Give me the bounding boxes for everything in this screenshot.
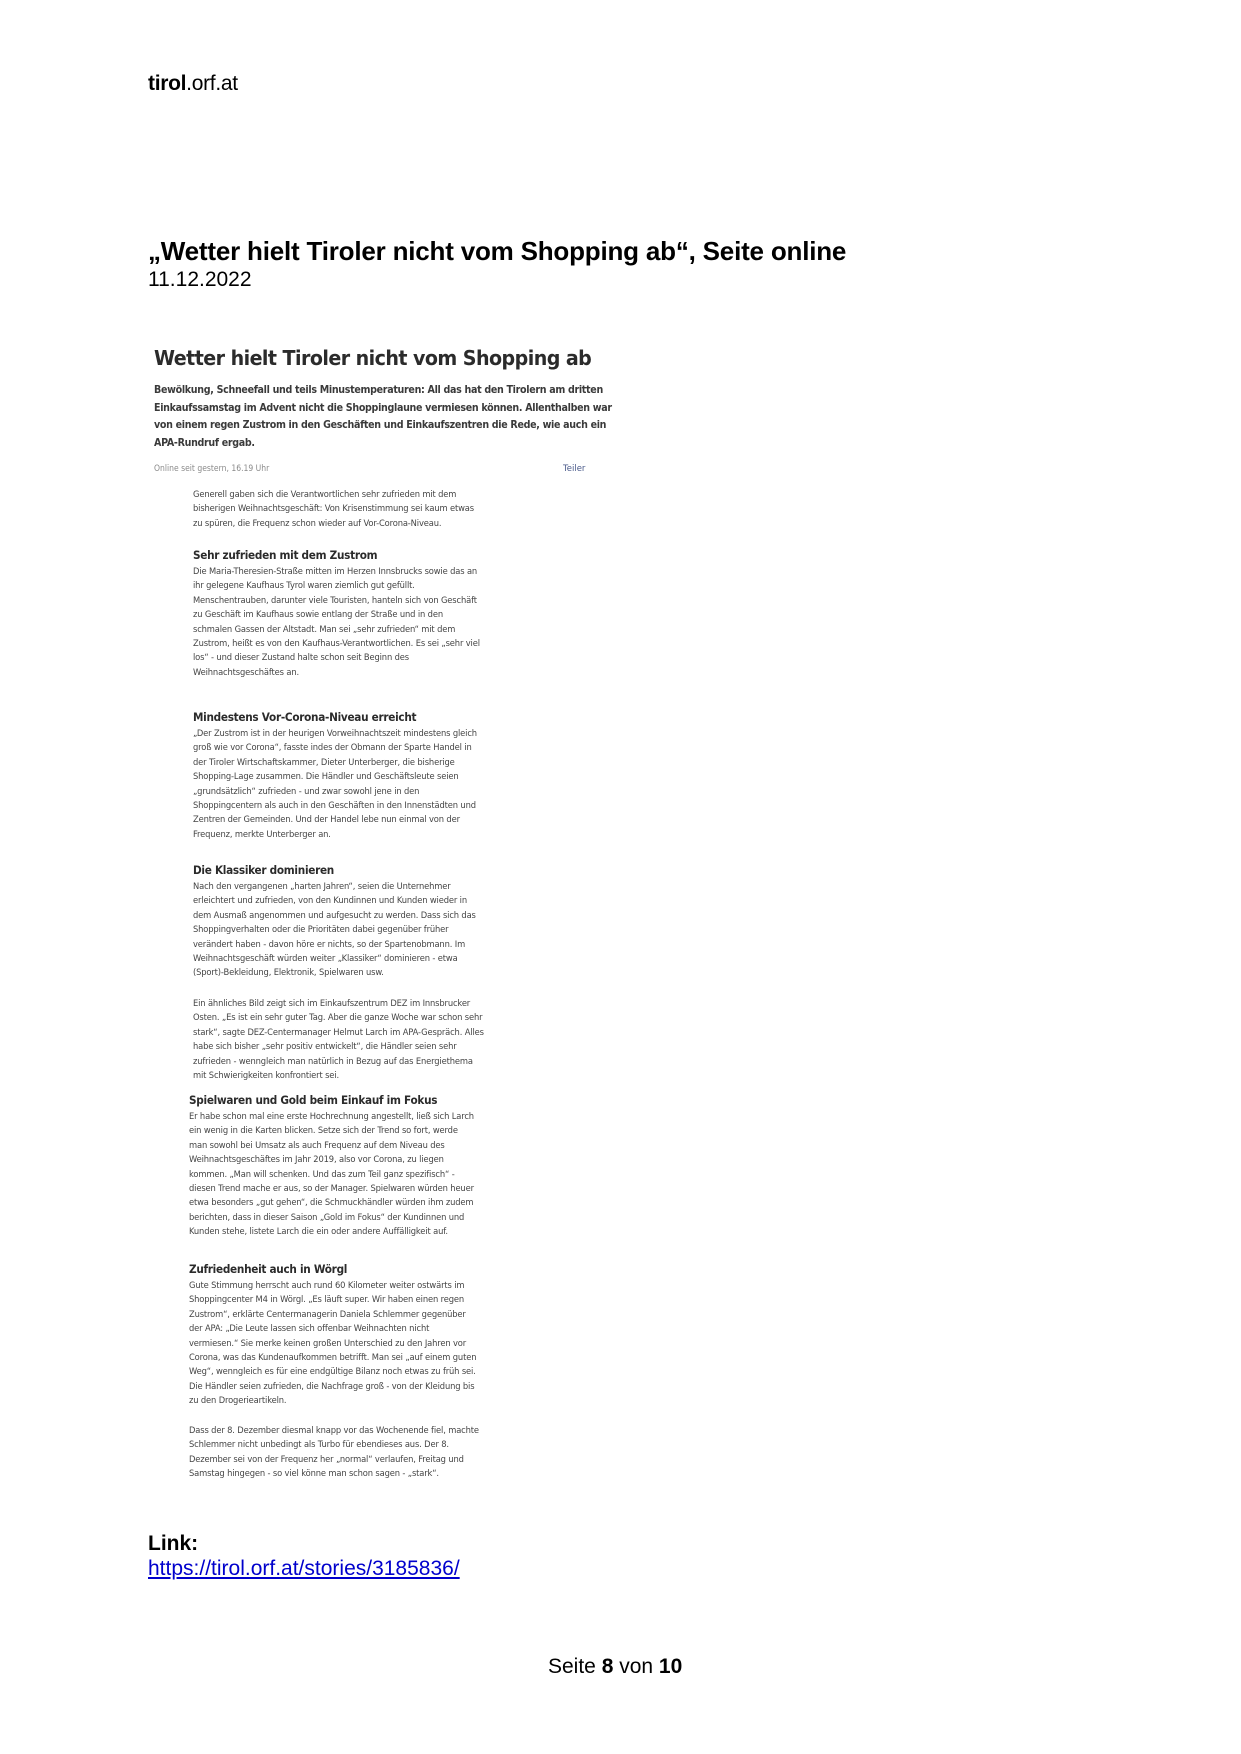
section-heading: Mindestens Vor-Corona-Niveau erreicht (193, 710, 524, 724)
section-paragraph: Die Maria-Theresien-Straße mitten im Her… (193, 565, 531, 680)
page-total: 10 (659, 1655, 682, 1678)
intro-paragraph: Generell gaben sich die Verantwortlichen… (193, 488, 531, 531)
link-label: Link: (148, 1532, 198, 1556)
article-section: Sehr zufrieden mit dem Zustrom Die Maria… (193, 548, 553, 680)
page-number: Seite 8 von 10 (548, 1655, 682, 1679)
section-heading: Spielwaren und Gold beim Einkauf im Foku… (189, 1093, 520, 1107)
article-lead: Bewölkung, Schneefall und teils Minustem… (154, 382, 612, 452)
source-link[interactable]: https://tirol.orf.at/stories/3185836/ (148, 1557, 460, 1581)
site-name-rest: .orf.at (186, 72, 238, 95)
site-name: tirol.orf.at (148, 72, 238, 96)
article-paragraph-block: Ein ähnliches Bild zeigt sich im Einkauf… (193, 997, 553, 1083)
section-paragraph: Gute Stimmung herrscht auch rund 60 Kilo… (189, 1279, 527, 1409)
article-section: Spielwaren und Gold beim Einkauf im Foku… (189, 1093, 549, 1240)
share-link[interactable]: Teiler (563, 464, 585, 474)
article-section: Mindestens Vor-Corona-Niveau erreicht „D… (193, 710, 553, 842)
page-current: 8 (602, 1655, 614, 1678)
article-section: Zufriedenheit auch in Wörgl Gute Stimmun… (189, 1262, 549, 1409)
document-date: 11.12.2022 (148, 268, 252, 292)
section-paragraph: Nach den vergangenen „harten Jahren“, se… (193, 880, 531, 981)
section-paragraph: Dass der 8. Dezember diesmal knapp vor d… (189, 1424, 527, 1482)
section-paragraph: „Der Zustrom ist in der heurigen Vorweih… (193, 727, 531, 842)
article-intro: Generell gaben sich die Verantwortlichen… (193, 488, 553, 531)
page-middle: von (613, 1655, 659, 1678)
article-section: Die Klassiker dominieren Nach den vergan… (193, 863, 553, 981)
article-paragraph-block: Dass der 8. Dezember diesmal knapp vor d… (189, 1424, 549, 1482)
document-title: „Wetter hielt Tiroler nicht vom Shopping… (148, 236, 846, 267)
section-paragraph: Er habe schon mal eine erste Hochrechnun… (189, 1110, 527, 1240)
article-headline: Wetter hielt Tiroler nicht vom Shopping … (154, 346, 591, 370)
section-heading: Sehr zufrieden mit dem Zustrom (193, 548, 524, 562)
section-paragraph: Ein ähnliches Bild zeigt sich im Einkauf… (193, 997, 531, 1083)
page-prefix: Seite (548, 1655, 602, 1678)
site-name-bold: tirol (148, 72, 186, 95)
article-timestamp: Online seit gestern, 16.19 Uhr (154, 464, 269, 474)
section-heading: Zufriedenheit auch in Wörgl (189, 1262, 520, 1276)
section-heading: Die Klassiker dominieren (193, 863, 524, 877)
